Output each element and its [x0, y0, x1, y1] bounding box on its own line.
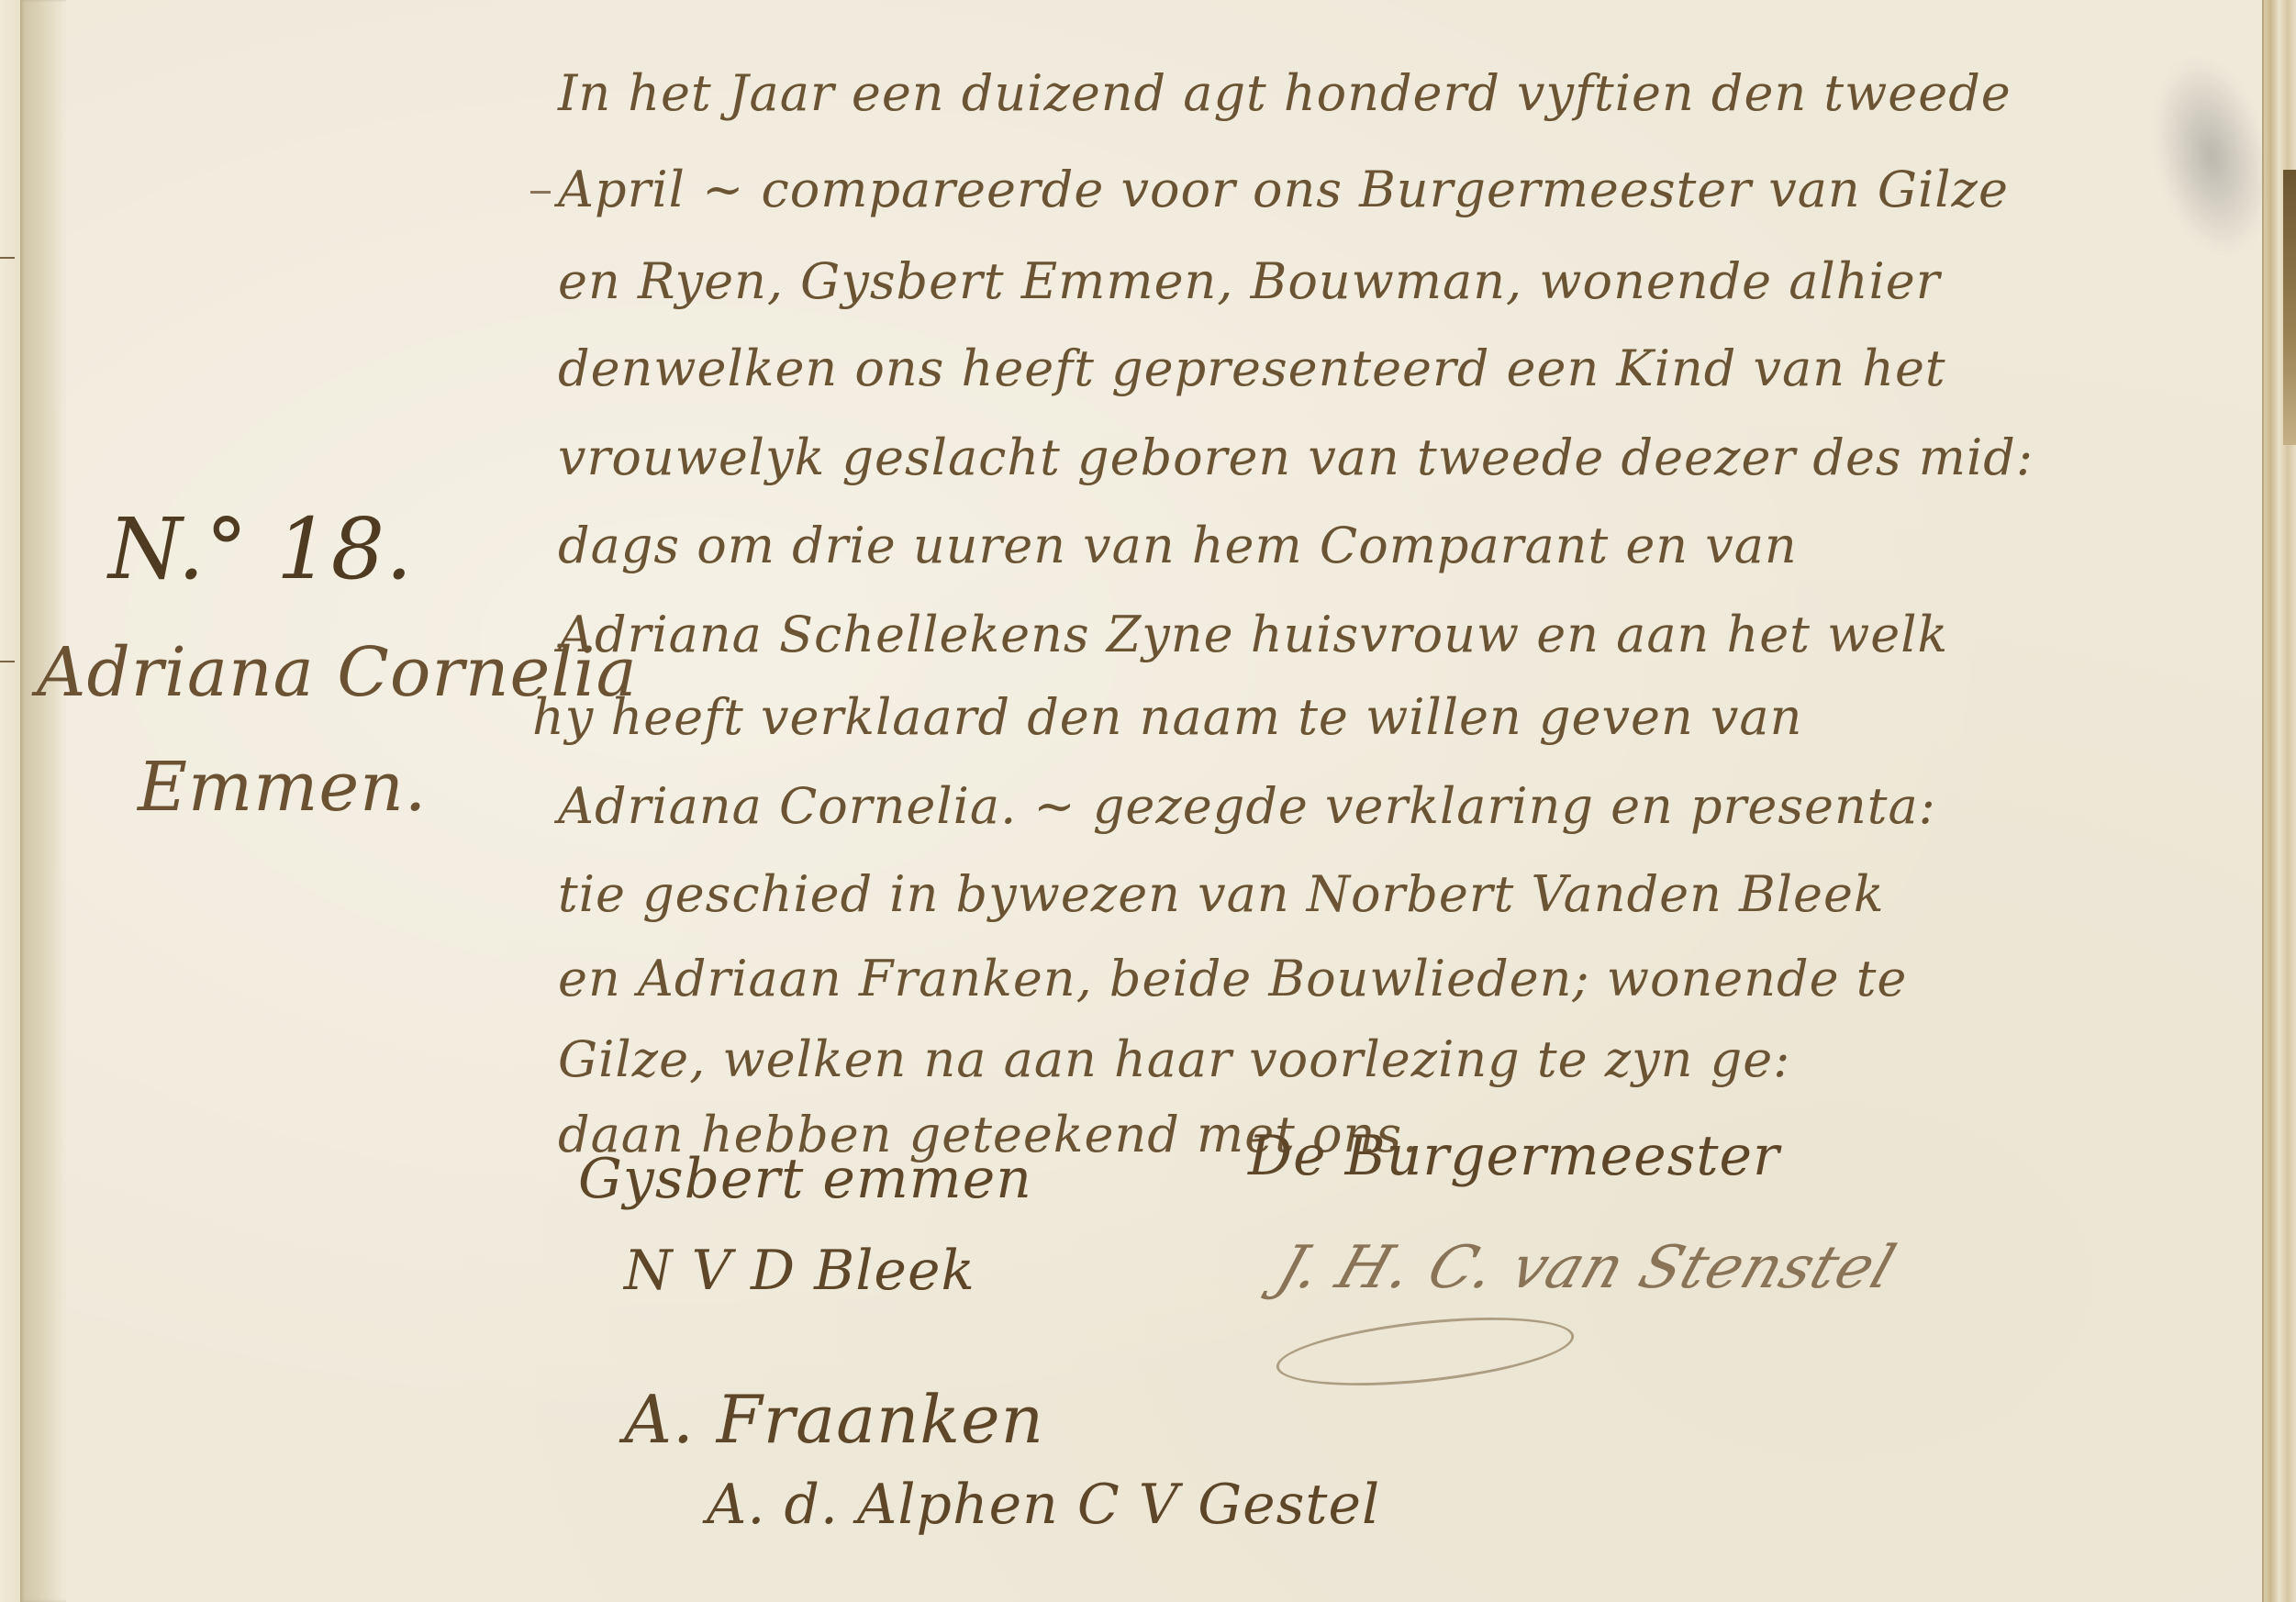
line-lead-dash [530, 191, 551, 194]
signature-additional: A. d. Alphen C V Gestel [707, 1473, 1380, 1537]
signature-witness-2: A. Fraanken [624, 1381, 1044, 1458]
signature-witness-1: N V D Bleek [624, 1239, 975, 1303]
margin-child-surname: Emmen. [138, 748, 427, 827]
body-line-11: en Adriaan Franken, beide Bouwlieden; wo… [558, 954, 1907, 1004]
adjacent-page-edge [0, 0, 22, 1602]
body-line-6: dags om drie uuren van hem Comparant en … [558, 521, 1798, 571]
signature-father: Gysbert emmen [578, 1147, 1032, 1211]
book-gutter-fold [20, 0, 66, 1602]
mayor-title: De Burgermeester [1248, 1124, 1780, 1188]
body-line-8: hy heeft verklaard den naam te willen ge… [532, 693, 1802, 742]
signature-mayor: J. H. C. van Stenstel [1269, 1234, 1904, 1302]
body-line-3: en Ryen, Gysbert Emmen, Bouwman, wonende… [558, 257, 1941, 306]
body-line-1: In het Jaar een duizend agt honderd vyft… [558, 69, 2012, 118]
document-scan: N.° 18. Adriana Cornelia Emmen. In het J… [0, 0, 2296, 1602]
body-line-4: denwelken ons heeft gepresenteerd een Ki… [558, 344, 1946, 394]
entry-number: N.° 18. [108, 500, 413, 598]
body-line-12: Gilze, welken na aan haar voorlezing te … [558, 1035, 1790, 1085]
body-line-7: Adriana Schellekens Zyne huisvrouw en aa… [558, 610, 1948, 660]
body-line-5: vrouwelyk geslacht geboren van tweede de… [558, 433, 2034, 483]
adjacent-page-mark [0, 257, 15, 259]
body-line-10: tie geschied in bywezen van Norbert Vand… [558, 870, 1885, 919]
body-line-9: Adriana Cornelia. ~ gezegde verklaring e… [558, 782, 1936, 831]
page-edge-shadow [2283, 170, 2296, 445]
body-line-2: April ~ compareerde voor ons Burgermeest… [558, 165, 2009, 215]
mayor-signature-flourish [1273, 1306, 1577, 1397]
adjacent-page-mark [0, 661, 15, 662]
